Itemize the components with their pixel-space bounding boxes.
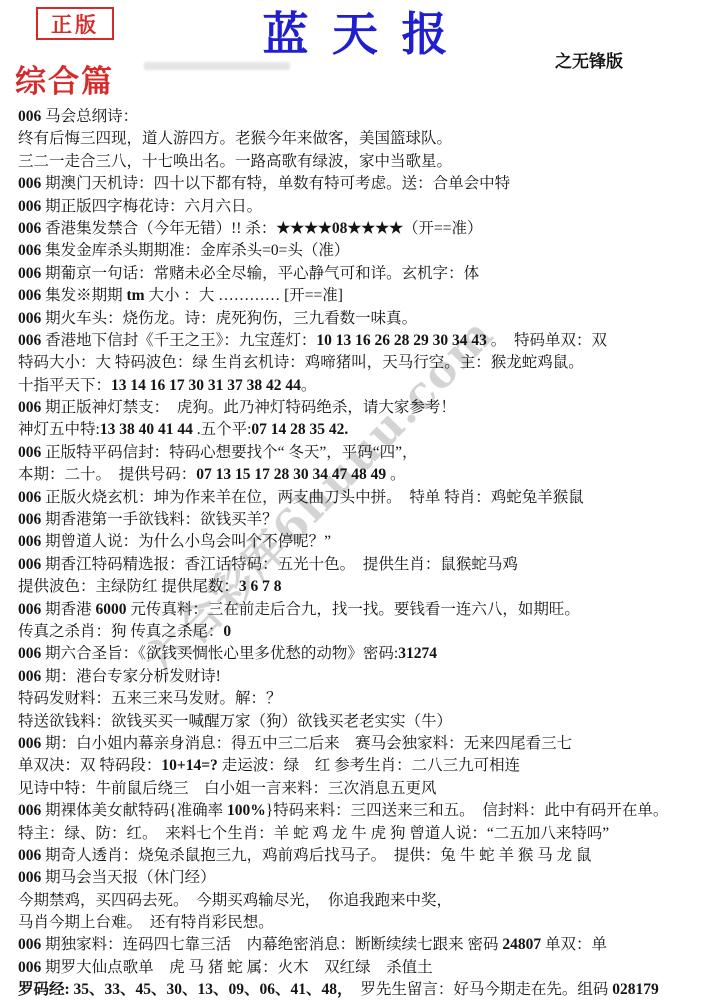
report-line: 006 期葡京一句话：常赌未必全尽输，平心静气可和详。玄机字：体 bbox=[18, 263, 712, 285]
report-line: 006 期正版四字梅花诗：六月六日。 bbox=[18, 196, 712, 218]
report-line: 006 香港集发禁合（今年无错）!! 杀：★★★★08★★★★（开==准） bbox=[18, 218, 712, 240]
report-line: 传真之杀肖：狗 传真之杀尾：0 bbox=[18, 621, 712, 643]
report-line: 006 期罗大仙点歌单 虎 马 猪 蛇 属：火木 双红绿 杀值土 bbox=[18, 957, 712, 979]
report-line: 特送欲钱料：欲钱买买一喊醒万家（狗）欲钱买老老实实（牛） bbox=[18, 711, 712, 733]
report-line: 006 期澳门天机诗：四十以下都有特，单数有特可考虑。送：合单会中特 bbox=[18, 173, 712, 195]
report-line: 006 期香江特码精选报：香江话特码：五光十色。 提供生肖：鼠猴蛇马鸡 bbox=[18, 554, 712, 576]
report-line: 特主：绿、防：红。 来料七个生肖：羊 蛇 鸡 龙 牛 虎 狗 曾道人说：“二五加… bbox=[18, 823, 712, 845]
report-line: 本期：二十。 提供号码：07 13 15 17 28 30 34 47 48 4… bbox=[18, 464, 712, 486]
report-line: 006 期正版神灯禁支： 虎狗。此乃神灯特码绝杀，请大家参考！ bbox=[18, 397, 712, 419]
report-line: 单双决：双 特码段：10+14=? 走运波：绿 红 参考生肖：二八三九可相连 bbox=[18, 755, 712, 777]
report-line: 终有后悔三四现，道人游四方。老猴今年来做客，美国篮球队。 bbox=[18, 128, 712, 150]
report-line: 006 期六合圣旨：《欲钱买惆怅心里多优愁的动物》密码:31274 bbox=[18, 643, 712, 665]
report-line: 006 期奇人透肖：烧兔杀鼠抱三九，鸡前鸡后找马子。 提供：兔 牛 蛇 羊 猴 … bbox=[18, 845, 712, 867]
report-line: 006 期火车头：烧伤龙。诗：虎死狗伤，三九看数一味真。 bbox=[18, 308, 712, 330]
report-body: 006 马会总纲诗：终有后悔三四现，道人游四方。老猴今年来做客，美国篮球队。三二… bbox=[18, 106, 712, 1001]
report-line: 006 正版特平码信封：特码心想要找个“ 冬天”，平码“四”， bbox=[18, 442, 712, 464]
lottery-tip-sheet: 正版 蓝 天 报 之无锋版 综合篇 六合彩库6huuu.com 006 马会总纲… bbox=[0, 0, 716, 1001]
report-line: 特码大小：大 特码波色：绿 生肖玄机诗：鸡啼猪叫，天马行空。主：猴龙蛇鸡鼠。 bbox=[18, 352, 712, 374]
report-line: 006 期裸体美女献特码{准确率 100%}特码来料：三四送来三和五。 信封料：… bbox=[18, 800, 712, 822]
report-line: 006 期香港第一手欲钱料：欲钱买羊？ bbox=[18, 509, 712, 531]
report-line: 006 集发金库杀头期期准：金库杀头=0=头（准） bbox=[18, 240, 712, 262]
report-line: 006 期：港台专家分析发财诗! bbox=[18, 666, 712, 688]
report-line: 今期禁鸡，买四码去死。 今期买鸡输尽光， 你追我跑来中奖， bbox=[18, 890, 712, 912]
report-line: 006 期香港 6000 元传真料：三在前走后合九，找一找。要钱看一连六八，如期… bbox=[18, 599, 712, 621]
section-title: 综合篇 bbox=[15, 56, 114, 101]
report-line: 马肖今期上台难。 还有特肖彩民想。 bbox=[18, 912, 712, 934]
report-line: 006 期曾道人说：为什么小鸟会叫个不停呢？” bbox=[18, 531, 712, 553]
report-line: 提供波色：主绿防红 提供尾数：3 6 7 8 bbox=[18, 576, 712, 598]
report-line: 特码发财料：五来三来马发财。解：？ bbox=[18, 688, 712, 710]
report-line: 十指平天下：13 14 16 17 30 31 37 38 42 44。 bbox=[18, 375, 712, 397]
report-line: 罗码经: 35、33、45、30、13、09、06、41、48， 罗先生留言：好… bbox=[18, 979, 712, 1001]
report-line: 006 集发※期期 tm 大小 ：大 ………… [开==准] bbox=[18, 285, 712, 307]
report-line: 见诗中特：牛前鼠后绕三 白小姐一言来料：三次消息五更风 bbox=[18, 778, 712, 800]
edition-label: 之无锋版 bbox=[555, 47, 623, 72]
report-line: 006 期马会当天报（休门经） bbox=[18, 867, 712, 889]
report-line: 006 期：白小姐内幕亲身消息：得五中三二后来 赛马会独家料：无来四尾看三七 bbox=[18, 733, 712, 755]
report-line: 006 马会总纲诗： bbox=[18, 106, 712, 128]
report-line: 三二一走合三八，十七唤出名。一路高歌有绿波，家中当歌星。 bbox=[18, 151, 712, 173]
report-line: 006 香港地下信封《千王之王》：九宝莲灯：10 13 16 26 28 29 … bbox=[18, 330, 712, 352]
report-line: 神灯五中特:13 38 40 41 44 .五个平:07 14 28 35 42… bbox=[18, 419, 712, 441]
report-line: 006 正版火烧玄机：坤为作来羊在位，两支曲刀头中拼。 特单 特肖：鸡蛇兔羊猴鼠 bbox=[18, 487, 712, 509]
report-line: 006 期独家料：连码四七靠三活 内幕绝密消息：断断续续七跟来 密码 24807… bbox=[18, 934, 712, 956]
erased-text-artifact bbox=[144, 62, 290, 70]
